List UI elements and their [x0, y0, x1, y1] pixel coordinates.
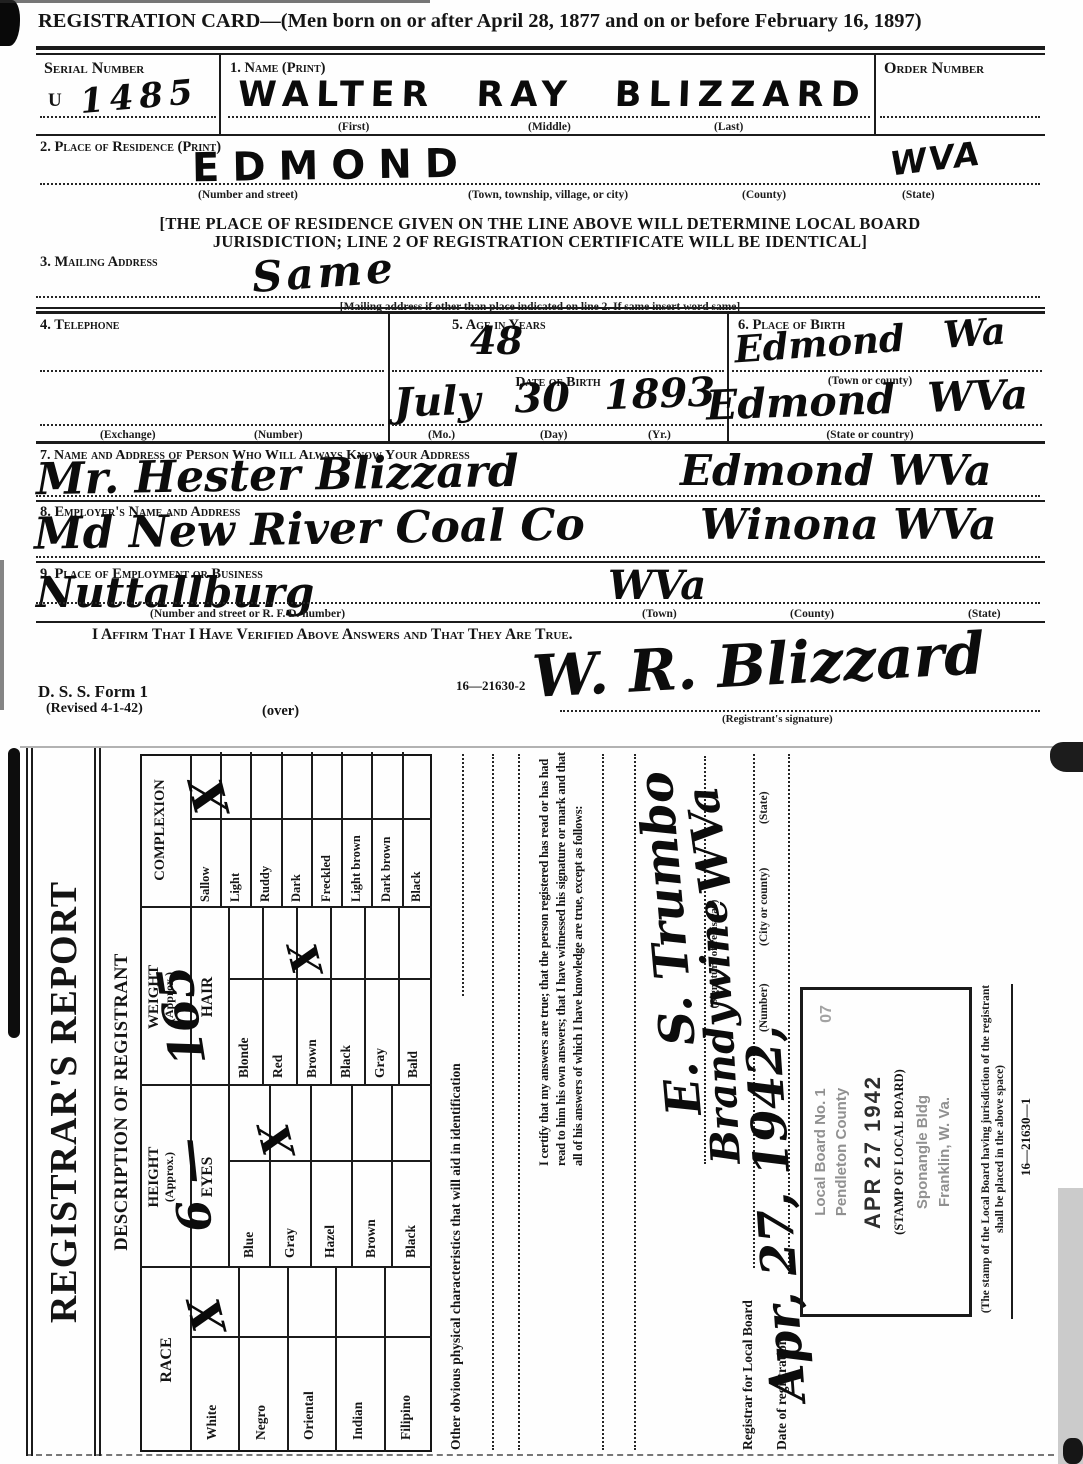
telephone-label: 4. Telephone: [40, 317, 119, 334]
birthplace-line2: [732, 424, 1042, 426]
employer-name-handwriting: Md New River Coal Co: [34, 503, 586, 557]
birthplace-state-handwriting: Edmond WVa: [705, 374, 1028, 426]
residence-state-handwriting: WVA: [889, 136, 981, 181]
race-row-border: [287, 1268, 289, 1452]
certify-line3: all of his answers of which I have knowl…: [571, 806, 586, 1166]
race-check-mark: X: [182, 1295, 234, 1334]
header-border: [190, 754, 192, 1452]
employer-line: [36, 556, 1040, 558]
age-value-handwriting: 48: [470, 322, 523, 360]
divider: [36, 307, 1045, 309]
complexion-option: Dark brown: [379, 837, 394, 902]
race-option: Filipino: [398, 1395, 414, 1440]
residence-line: [40, 183, 1040, 185]
scan-artifact: [1050, 742, 1083, 772]
dob-sub-day: (Day): [540, 429, 567, 441]
complexion-header: COMPLEXION: [152, 752, 169, 908]
stamp-board-line: Local Board No. 1: [812, 991, 829, 1313]
name-line: [228, 116, 870, 118]
complexion-option: Freckled: [319, 855, 334, 902]
stamp-city-line: Franklin, W. Va.: [936, 991, 953, 1313]
dob-line: [392, 424, 724, 426]
eyes-option: Gray: [282, 1228, 298, 1258]
employment-line: [36, 602, 1040, 604]
complexion-option: Black: [409, 871, 424, 902]
hair-row-border: [330, 908, 332, 1086]
contact-line: [36, 495, 1040, 497]
telephone-line1: [40, 370, 384, 372]
scan-artifact: [1058, 1188, 1083, 1464]
row-border: [36, 441, 1045, 444]
race-mark-border: [190, 1337, 432, 1339]
order-number-label: Order Number: [884, 60, 984, 78]
birthplace-sub-state: (State or country): [780, 429, 960, 441]
hair-row-border: [296, 908, 298, 1086]
mailing-line: [36, 296, 1040, 298]
race-row-border: [335, 1268, 337, 1452]
certify-line1: I certify that my answers are true; that…: [537, 759, 552, 1166]
race-row-border: [238, 1268, 240, 1452]
name-sub-middle: (Middle): [528, 121, 571, 133]
residence-note-line1: [THE PLACE OF RESIDENCE GIVEN ON THE LIN…: [60, 214, 1020, 234]
other-line: [462, 754, 464, 996]
eyes-row-border: [391, 1086, 393, 1268]
other-characteristics-label: Other obvious physical characteristics t…: [448, 1063, 464, 1450]
registrant-signature-handwriting: W. R. Blizzard: [531, 624, 986, 706]
eyes-row-border: [351, 1086, 353, 1268]
stamp-artifact: 07: [818, 994, 836, 1034]
mailing-label: 3. Mailing Address: [40, 254, 158, 271]
employer-place-handwriting: Winona WVa: [700, 504, 996, 546]
dob-sub-yr: (Yr.): [648, 429, 671, 441]
print-code: 16—21630-2: [456, 678, 525, 694]
hair-option: Blonde: [236, 1037, 252, 1078]
form-code: D. S. S. Form 1: [38, 682, 148, 702]
serial-number-label: Serial Number: [44, 60, 144, 78]
card-edge: [26, 1454, 1054, 1456]
telephone-line2: [40, 424, 384, 426]
back-subtitle: DESCRIPTION OF REGISTRANT: [112, 740, 133, 1464]
blank-line: [518, 754, 520, 1450]
race-header: RACE: [158, 1268, 176, 1452]
residence-town-handwriting: EDMOND: [192, 144, 472, 189]
form-revision: (Revised 4-1-42): [46, 701, 143, 717]
cell-border: [388, 311, 390, 443]
card-title: REGISTRATION CARD—(Men born on or after …: [38, 10, 922, 33]
complexion-row-border: [402, 752, 404, 908]
stamp-county-line: Pendleton County: [833, 991, 850, 1313]
col-border: [140, 1266, 432, 1268]
card-front: REGISTRATION CARD—(Men born on or after …: [0, 0, 1083, 740]
row-border: [36, 134, 1045, 136]
divider: [99, 748, 101, 1456]
hair-option: Black: [338, 1045, 354, 1078]
complexion-option: Light: [228, 873, 243, 902]
affirmation-text: I Affirm That I Have Verified Above Answ…: [92, 626, 573, 644]
cell-border: [874, 55, 876, 134]
blank-line: [492, 754, 494, 1450]
telephone-sub-number: (Number): [254, 429, 303, 441]
residence-sub-county: (County): [742, 189, 786, 201]
employment-sub-county: (County): [790, 608, 834, 620]
registrant-signature-label: (Registrant's signature): [722, 713, 833, 725]
hair-option: Gray: [372, 1048, 388, 1078]
complexion-check-mark: X: [182, 776, 236, 817]
card-back-upright: REGISTRAR'S REPORT DESCRIPTION OF REGIST…: [0, 740, 1083, 1464]
contact-place-handwriting: Edmond WVa: [680, 450, 991, 492]
mailing-value-handwriting: Same: [251, 247, 398, 299]
complexion-option: Light brown: [349, 835, 364, 902]
eyes-row-border: [310, 1086, 312, 1268]
name-sub-last: (Last): [714, 121, 743, 133]
residence-sub-town: (Town, township, village, or city): [468, 189, 628, 201]
scan-artifact: [0, 0, 430, 3]
complexion-row-border: [311, 752, 313, 908]
name-value-handwriting: WALTER RAY BLIZZARD: [237, 78, 867, 113]
stamp-note-line1: (The stamp of the Local Board having jur…: [980, 964, 992, 1334]
stamp-caption: (STAMP OF LOCAL BOARD): [892, 991, 907, 1313]
eyes-option: Brown: [363, 1219, 379, 1258]
col-border: [140, 906, 432, 908]
stamp-date: APR 27 1942: [860, 991, 886, 1313]
complexion-option: Ruddy: [258, 866, 273, 902]
back-print-code: 16—21630—1: [1018, 1098, 1034, 1176]
card-back-rotated: REGISTRAR'S REPORT DESCRIPTION OF REGIST…: [0, 740, 1083, 1464]
scan-artifact: [0, 560, 4, 710]
residence-note-line2: JURISDICTION; LINE 2 OF REGISTRATION CER…: [60, 232, 1020, 252]
race-option: Indian: [350, 1402, 366, 1440]
complexion-row-border: [250, 752, 252, 908]
hair-option: Bald: [405, 1051, 421, 1078]
hair-row-border: [262, 908, 264, 1086]
hair-row-border: [364, 908, 366, 1086]
subheader-border: [228, 908, 230, 1268]
divider: [26, 748, 28, 1456]
blank-line: [602, 754, 604, 1450]
row-border: [36, 621, 1045, 623]
height-header: HEIGHT: [146, 1086, 163, 1268]
telephone-sub-exchange: (Exchange): [100, 429, 156, 441]
eyes-option: Blue: [241, 1232, 257, 1258]
serial-prefix: U: [48, 90, 62, 112]
divider: [36, 311, 1045, 314]
complexion-row-border: [281, 752, 283, 908]
card-edge: [20, 747, 1060, 749]
dob-value-handwriting: July 30 1893: [393, 372, 715, 423]
board-label: Registrar for Local Board: [740, 1300, 756, 1450]
employment-sub-town: (Town): [642, 608, 677, 620]
name-sub-first: (First): [338, 121, 369, 133]
eyes-option: Black: [403, 1225, 419, 1258]
over-label: (over): [262, 703, 299, 720]
complexion-row-border: [371, 752, 373, 908]
divider: [94, 748, 96, 1456]
divider: [1011, 984, 1013, 1319]
eyes-row-border: [269, 1086, 271, 1268]
cell-border: [219, 55, 221, 134]
complexion-option: Sallow: [198, 867, 213, 902]
eyes-option: Hazel: [322, 1225, 338, 1258]
hair-option: Red: [270, 1055, 286, 1078]
scan-artifact: [0, 0, 20, 46]
eyes-mark-border: [228, 1161, 432, 1163]
employment-sub-state: (State): [968, 608, 1001, 620]
race-row-border: [384, 1268, 386, 1452]
order-line: [880, 116, 1040, 118]
stamp-note-line2: shall be placed in the above space): [994, 964, 1006, 1334]
certify-line2: read to him his own answers; that I have…: [554, 752, 569, 1166]
board-sub-state: (State): [758, 791, 770, 824]
registration-card-scan: REGISTRATION CARD—(Men born on or after …: [0, 0, 1083, 1464]
complexion-option: Dark: [289, 874, 304, 902]
eyes-check-mark: X: [252, 1121, 302, 1159]
serial-value-handwriting: 1485: [79, 75, 200, 119]
hair-row-border: [398, 908, 400, 1086]
hair-option: Brown: [304, 1039, 320, 1078]
employment-town-handwriting: WVa: [608, 566, 706, 606]
residence-sub-street: (Number and street): [198, 189, 298, 201]
scan-artifact: [8, 748, 20, 1038]
signature-line: [560, 710, 1040, 712]
serial-line: [40, 116, 216, 118]
eyes-header: EYES: [199, 1086, 217, 1268]
complexion-row-border: [341, 752, 343, 908]
divider: [36, 53, 1045, 55]
divider: [31, 748, 33, 1456]
col-border: [140, 1084, 432, 1086]
board-sub-city: (City or county): [758, 868, 770, 946]
row-border: [36, 561, 1045, 563]
race-option: Oriental: [301, 1391, 317, 1440]
race-option: White: [204, 1405, 220, 1440]
dob-sub-mo: (Mo.): [428, 429, 455, 441]
residence-sub-state: (State): [902, 189, 935, 201]
hair-check-mark: X: [282, 941, 329, 977]
scan-artifact: [1063, 1438, 1083, 1464]
stamp-building-line: Sponangle Bldg: [914, 991, 931, 1313]
employment-sub-street: (Number and street or R. F. D. number): [150, 608, 345, 620]
board-state-handwriting: WVa: [681, 783, 740, 896]
hair-header: HAIR: [199, 908, 217, 1086]
divider: [36, 46, 1045, 50]
back-title: REGISTRAR'S REPORT: [42, 740, 86, 1464]
race-option: Negro: [253, 1405, 269, 1440]
